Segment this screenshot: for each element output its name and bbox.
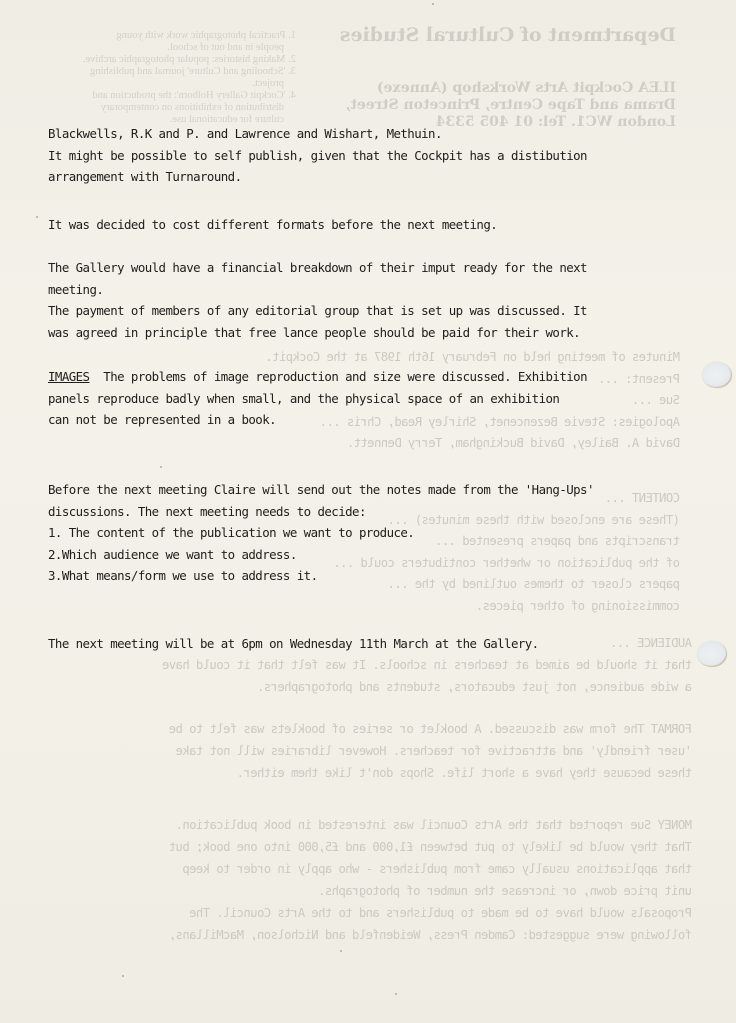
bleed-line: that applications usually came from publ… <box>169 858 692 880</box>
paper-speck <box>160 466 162 468</box>
punch-hole <box>702 362 732 388</box>
bleed-project-line: people in and out of school. <box>83 42 296 54</box>
bleed-line: commissioning of other pieces. <box>334 596 680 618</box>
paper-speck <box>432 3 434 5</box>
paper-page: Department of Cultural Studies ILEA Cock… <box>0 0 736 1023</box>
paper-speck <box>36 216 38 218</box>
bleed-project-line: 4. 'Cockpit Gallery Holborn': the produc… <box>83 90 296 102</box>
bleed-line: That they would be likely to put between… <box>169 836 692 858</box>
paper-speck <box>395 993 397 995</box>
bleed-line: David A. Bailey, David Buckingham, Terry… <box>266 433 680 455</box>
text-line: The next meeting will be at 6pm on Wedne… <box>48 633 539 655</box>
paper-speck <box>340 950 342 952</box>
paragraph-next-meeting-agenda: Before the next meeting Claire will send… <box>48 479 594 587</box>
paragraph-formats: It was decided to cost different formats… <box>48 214 497 236</box>
bleed-project-line: project. <box>83 78 296 90</box>
paragraph-images: IMAGES The problems of image reproductio… <box>48 366 587 431</box>
bleed-address-line: Drama and Tape Centre, Princeton Street, <box>345 97 676 114</box>
bleed-format-block: FORMAT The form was discussed. A booklet… <box>169 718 692 784</box>
bleed-projects-list: 1. Practical photographic work with youn… <box>83 30 296 126</box>
text-line: discussions. The next meeting needs to d… <box>48 501 594 523</box>
bleed-line: unit price down, or increase the number … <box>169 880 692 902</box>
agenda-item: 1. The content of the publication we wan… <box>48 522 594 544</box>
bleed-line: that it should be aimed at teachers in s… <box>163 654 692 676</box>
bleed-line: a wide audience, not just educators, stu… <box>163 676 692 698</box>
bleed-line: Proposals would have to be made to publi… <box>169 902 692 924</box>
text-line: arrangement with Turnaround. <box>48 166 587 188</box>
text-line: The payment of members of any editorial … <box>48 300 587 322</box>
bleed-department-title: Department of Cultural Studies <box>340 24 676 46</box>
paper-speck <box>122 975 124 977</box>
bleed-line: FORMAT The form was discussed. A booklet… <box>169 718 692 740</box>
bleed-project-line: distribution of exhibitions on contempor… <box>83 102 296 114</box>
text-line: It was decided to cost different formats… <box>48 214 497 236</box>
bleed-money-block: MONEY Sue reported that the Arts Council… <box>169 814 692 946</box>
paragraph-next-meeting-date: The next meeting will be at 6pm on Wedne… <box>48 633 539 655</box>
agenda-item: 3.What means/form we use to address it. <box>48 565 594 587</box>
agenda-item: 2.Which audience we want to address. <box>48 544 594 566</box>
paragraph-publishers: Blackwells, R.K and P. and Lawrence and … <box>48 123 587 188</box>
bleed-address-line: ILEA Cockpit Arts Workshop (Annexe) <box>345 80 676 97</box>
bleed-line: following were suggested: Camden Press, … <box>169 924 692 946</box>
bleed-project-line: 1. Practical photographic work with youn… <box>83 30 296 42</box>
text-line: It might be possible to self publish, gi… <box>48 145 587 167</box>
paragraph-gallery-payment: The Gallery would have a financial break… <box>48 257 587 343</box>
text-line: can not be represented in a book. <box>48 409 587 431</box>
bleed-project-line: 3. 'Schooling and Culture' journal and p… <box>83 66 296 78</box>
text-line: meeting. <box>48 279 587 301</box>
text-span: The problems of image reproduction and s… <box>103 369 587 384</box>
bleed-project-line: 2. Making histories: popular photographi… <box>83 54 296 66</box>
bleed-line: 'user friendly' and attractive for teach… <box>169 740 692 762</box>
text-line: IMAGES The problems of image reproductio… <box>48 366 587 388</box>
text-line: Before the next meeting Claire will send… <box>48 479 594 501</box>
bleed-line: these because they have a short life. Sh… <box>169 762 692 784</box>
text-line: The Gallery would have a financial break… <box>48 257 587 279</box>
bleed-line: MONEY Sue reported that the Arts Council… <box>169 814 692 836</box>
text-line: panels reproduce badly when small, and t… <box>48 388 587 410</box>
text-line: Blackwells, R.K and P. and Lawrence and … <box>48 123 587 145</box>
section-heading-images: IMAGES <box>48 369 89 384</box>
punch-hole <box>697 641 727 667</box>
text-line: was agreed in principle that free lance … <box>48 322 587 344</box>
